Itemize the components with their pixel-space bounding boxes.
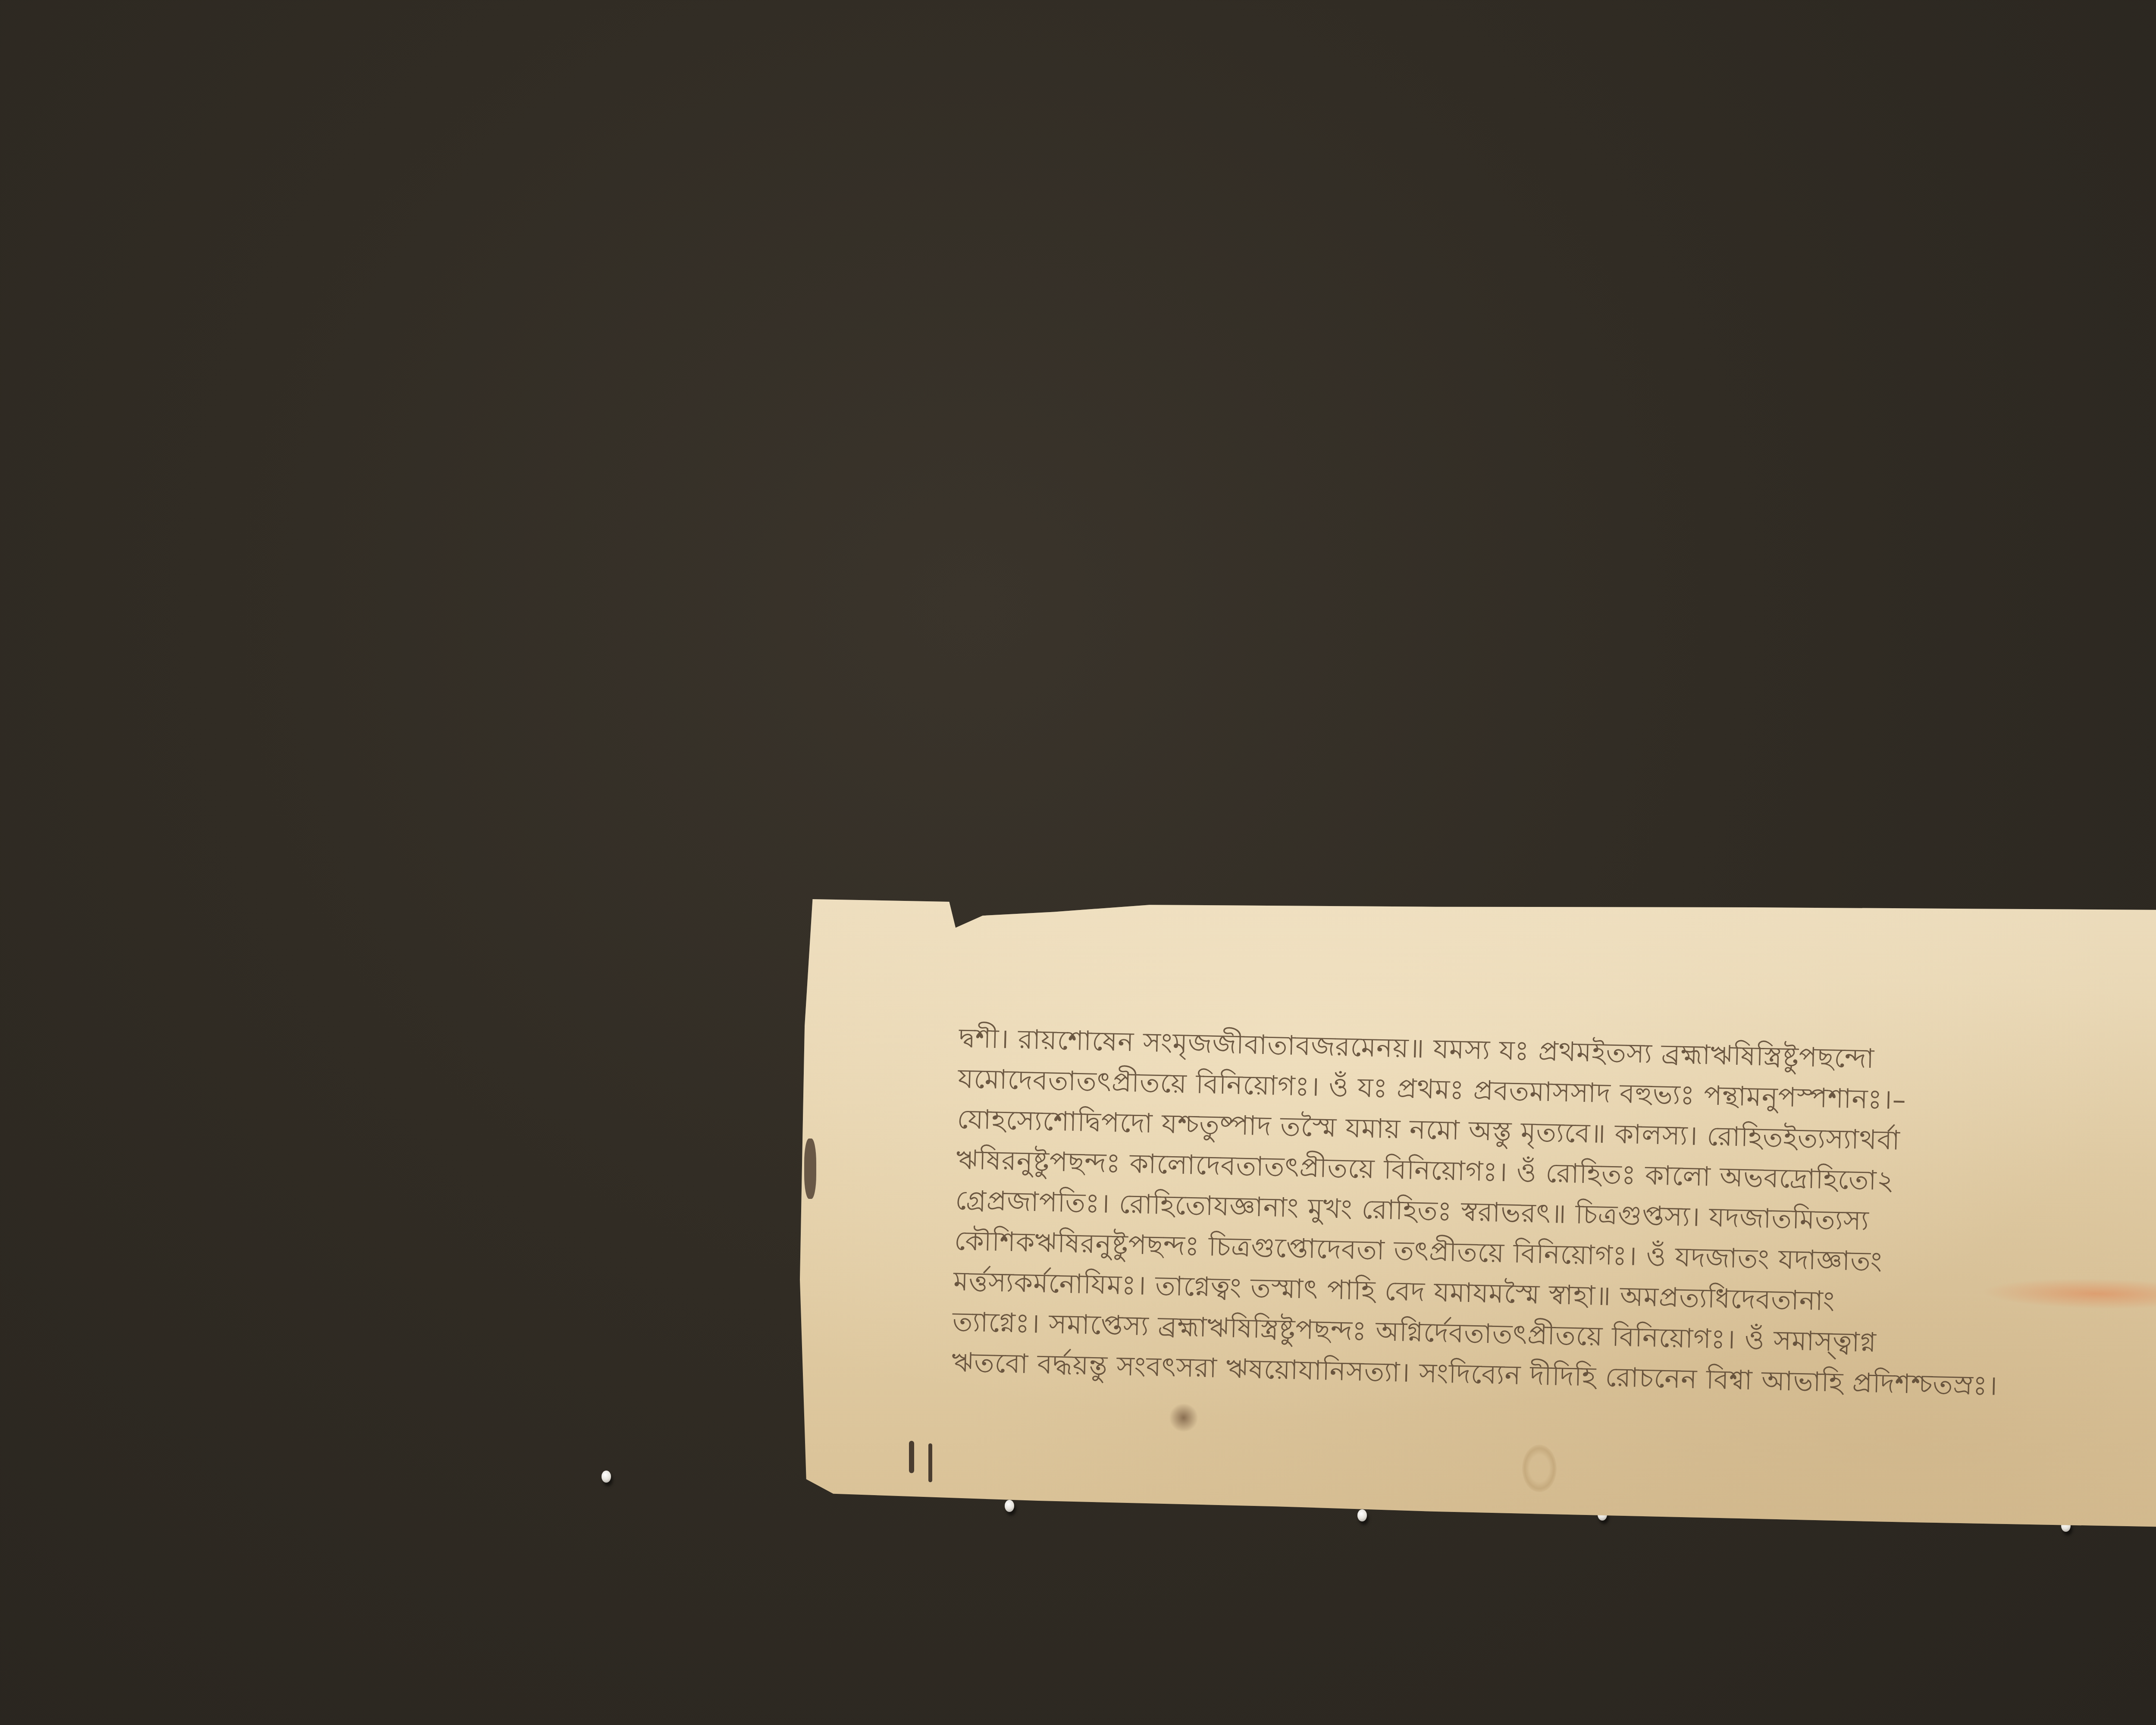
display-board: দ্বশী। রায়শোষেন সংমৃজজীবাতাবজরমেনয়॥ যম…	[0, 0, 2156, 1725]
ink-tick-mark	[928, 1443, 932, 1482]
pin-3	[1357, 1509, 1367, 1521]
ink-tick-mark	[909, 1441, 914, 1473]
pin-2	[1005, 1500, 1014, 1512]
ink-blot	[1169, 1404, 1199, 1432]
ink-stain-left	[804, 1138, 816, 1199]
manuscript-text: দ্বশী। রায়শোষেন সংমৃজজীবাতাবজরমেনয়॥ যম…	[951, 1018, 2156, 1414]
water-ring-stain	[1522, 1445, 1557, 1492]
manuscript-leaf: দ্বশী। রায়শোষেন সংমৃজজীবাতাবজরমেনয়॥ যম…	[800, 899, 2156, 1533]
pin-1	[602, 1471, 611, 1483]
